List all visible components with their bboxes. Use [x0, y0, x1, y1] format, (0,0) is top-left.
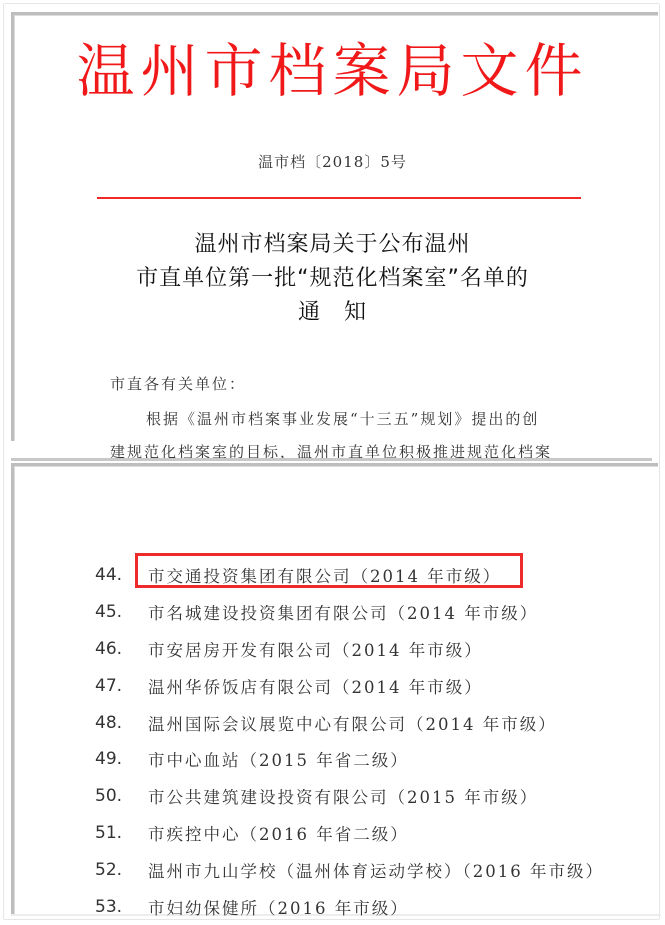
item-number: 47.	[95, 676, 148, 696]
item-name: 市安居房开发有限公司（2014 年市级）	[148, 637, 483, 661]
list-item: 51. 市疾控中心（2016 年省二级）	[95, 815, 604, 852]
list-item: 52. 温州市九山学校（温州体育运动学校）（2016 年市级）	[95, 851, 604, 888]
list-item: 49. 市中心血站（2015 年省二级）	[95, 741, 604, 778]
item-name: 温州市九山学校（温州体育运动学校）（2016 年市级）	[148, 858, 604, 882]
item-name: 市疾控中心（2016 年省二级）	[148, 821, 409, 845]
item-number: 50.	[95, 786, 148, 806]
title-line-3: 通 知	[0, 296, 665, 330]
item-name: 温州国际会议展览中心有限公司（2014 年市级）	[148, 711, 557, 735]
item-number: 52.	[95, 860, 148, 880]
document-title: 温州市档案局关于公布温州 市直单位第一批“规范化档案室”名单的 通 知	[0, 228, 665, 330]
panel-divider	[11, 458, 652, 461]
item-number: 49.	[95, 749, 148, 769]
red-divider	[97, 197, 581, 199]
list-item: 50. 市公共建筑建设投资有限公司（2015 年市级）	[95, 778, 604, 815]
list-item: 53. 市妇幼保健所（2016 年市级）	[95, 888, 604, 925]
item-name: 市名城建设投资集团有限公司（2014 年市级）	[148, 600, 538, 624]
item-number: 51.	[95, 823, 148, 843]
item-number: 53.	[95, 897, 148, 917]
item-number: 46.	[95, 639, 148, 659]
item-name: 市公共建筑建设投资有限公司（2015 年市级）	[148, 784, 538, 808]
item-name: 市中心血站（2015 年省二级）	[148, 747, 409, 771]
list-item: 47. 温州华侨饭店有限公司（2014 年市级）	[95, 667, 604, 704]
item-number: 45.	[95, 602, 148, 622]
list-item: 46. 市安居房开发有限公司（2014 年市级）	[95, 631, 604, 668]
list-item: 45. 市名城建设投资集团有限公司（2014 年市级）	[95, 594, 604, 631]
salutation: 市直各有关单位：	[110, 373, 246, 394]
unit-list: 44. 市交通投资集团有限公司（2014 年市级） 45. 市名城建设投资集团有…	[95, 557, 604, 925]
document-number: 温市档〔2018〕5号	[0, 151, 665, 172]
item-name: 温州华侨饭店有限公司（2014 年市级）	[148, 674, 483, 698]
title-line-1: 温州市档案局关于公布温州	[0, 228, 665, 262]
highlight-box	[135, 553, 523, 588]
item-name: 市妇幼保健所（2016 年市级）	[148, 895, 409, 919]
document-header: 温州市档案局文件	[0, 36, 665, 106]
body-line-1: 根据《温州市档案事业发展“十三五”规划》提出的创	[110, 403, 550, 436]
list-item: 48. 温州国际会议展览中心有限公司（2014 年市级）	[95, 704, 604, 741]
item-number: 48.	[95, 713, 148, 733]
title-line-2: 市直单位第一批“规范化档案室”名单的	[0, 262, 665, 296]
